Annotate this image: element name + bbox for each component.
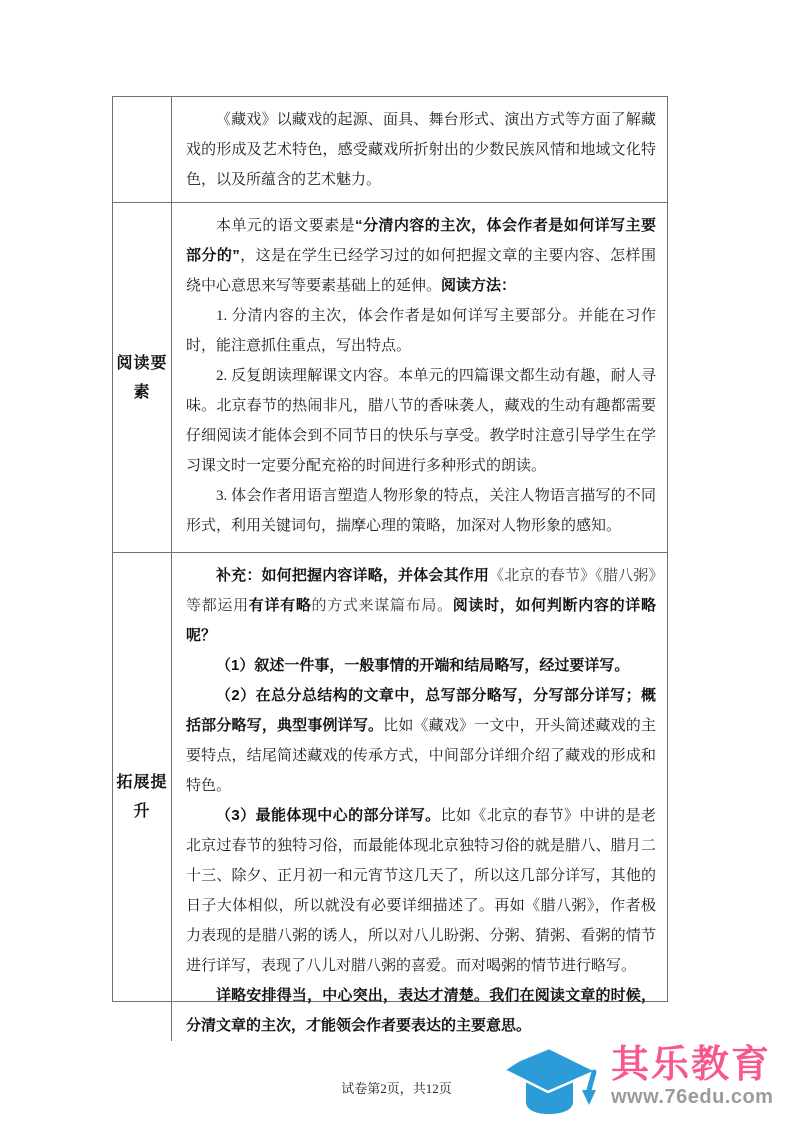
text-segment: （1）叙述一件事，一般事情的开端和结局略写，经过要详写。 bbox=[216, 657, 629, 674]
paragraph: 1. 分清内容的主次，体会作者是如何详写主要部分。并能在习作时，能注意抓住重点，… bbox=[186, 301, 656, 361]
paragraph: 详略安排得当，中心突出，表达才清楚。我们在阅读文章的时候，分清文章的主次，才能领… bbox=[186, 981, 656, 1041]
text-segment: 详略安排得当，中心突出，表达才清楚。我们在阅读文章的时候，分清文章的主次，才能领… bbox=[186, 987, 656, 1034]
paragraph: （1）叙述一件事，一般事情的开端和结局略写，经过要详写。 bbox=[186, 651, 656, 681]
row-content-cell: 《藏戏》以藏戏的起源、面具、舞台形式、演出方式等方面了解藏戏的形成及艺术特色，感… bbox=[172, 97, 667, 202]
text-segment: 的方式来谋篇布局。 bbox=[312, 598, 453, 614]
text-segment: （3）最能体现中心的部分详写。 bbox=[216, 807, 441, 824]
paragraph: （3）最能体现中心的部分详写。比如《北京的春节》中讲的是老北京过春节的独特习俗，… bbox=[186, 801, 656, 981]
text-segment: 有详有略 bbox=[249, 597, 312, 614]
site-logo: 其乐教育 www.76edu.com bbox=[498, 1038, 790, 1122]
logo-text-block: 其乐教育 www.76edu.com bbox=[611, 1044, 786, 1108]
row-content-cell: 补充：如何把握内容详略，并体会其作用《北京的春节》《腊八粥》等都运用有详有略的方… bbox=[172, 553, 667, 1041]
table-row: 《藏戏》以藏戏的起源、面具、舞台形式、演出方式等方面了解藏戏的形成及艺术特色，感… bbox=[113, 97, 667, 202]
row-label-cell: 拓展提升 bbox=[113, 553, 172, 1041]
text-segment: 比如《北京的春节》中讲的是老北京过春节的独特习俗，而最能体现北京独特习俗的就是腊… bbox=[186, 808, 656, 974]
row-label-cell bbox=[113, 97, 172, 202]
paragraph: 补充：如何把握内容详略，并体会其作用《北京的春节》《腊八粥》等都运用有详有略的方… bbox=[186, 561, 656, 651]
text-segment: 补充：如何把握内容详略，并体会其作用 bbox=[216, 567, 489, 584]
paragraph: 本单元的语文要素是“分清内容的主次，体会作者是如何详写主要部分的”，这是在学生已… bbox=[186, 211, 656, 301]
text-segment: 1. 分清内容的主次，体会作者是如何详写主要部分。并能在习作时，能注意抓住重点，… bbox=[186, 308, 656, 354]
paragraph: 2. 反复朗读理解课文内容。本单元的四篇课文都生动有趣，耐人寻味。北京春节的热闹… bbox=[186, 361, 656, 481]
graduation-cap-icon bbox=[498, 1040, 598, 1120]
text-segment: 本单元的语文要素是 bbox=[216, 218, 355, 234]
website-url: www.76edu.com bbox=[611, 1086, 786, 1108]
table-row: 阅读要素 本单元的语文要素是“分清内容的主次，体会作者是如何详写主要部分的”，这… bbox=[113, 202, 667, 552]
text-segment: 阅读方法： bbox=[441, 277, 516, 294]
paragraph: 3. 体会作者用语言塑造人物形象的特点，关注人物语言描写的不同形式，利用关键词句… bbox=[186, 481, 656, 541]
row-label-cell: 阅读要素 bbox=[113, 203, 172, 552]
brand-name: 其乐教育 bbox=[611, 1044, 786, 1086]
paragraph: （2）在总分总结构的文章中，总写部分略写，分写部分详写；概括部分略写，典型事例详… bbox=[186, 681, 656, 801]
row-label-reading-elements: 阅读要素 bbox=[116, 349, 168, 407]
text-segment: 2. 反复朗读理解课文内容。本单元的四篇课文都生动有趣，耐人寻味。北京春节的热闹… bbox=[186, 368, 656, 474]
text-segment: 3. 体会作者用语言塑造人物形象的特点，关注人物语言描写的不同形式，利用关键词句… bbox=[186, 488, 656, 534]
text-segment: 《藏戏》以藏戏的起源、面具、舞台形式、演出方式等方面了解藏戏的形成及艺术特色，感… bbox=[186, 112, 656, 188]
info-table: 《藏戏》以藏戏的起源、面具、舞台形式、演出方式等方面了解藏戏的形成及艺术特色，感… bbox=[112, 96, 668, 1002]
paragraph: 《藏戏》以藏戏的起源、面具、舞台形式、演出方式等方面了解藏戏的形成及艺术特色，感… bbox=[186, 105, 656, 195]
row-content-cell: 本单元的语文要素是“分清内容的主次，体会作者是如何详写主要部分的”，这是在学生已… bbox=[172, 203, 667, 552]
table-row: 拓展提升 补充：如何把握内容详略，并体会其作用《北京的春节》《腊八粥》等都运用有… bbox=[113, 552, 667, 1041]
row-label-expansion: 拓展提升 bbox=[116, 768, 168, 826]
text-segment: ，这是在学生已经学习过的如何把握文章的主要内容、怎样围绕中心意思来写等要素基础上… bbox=[186, 248, 656, 294]
